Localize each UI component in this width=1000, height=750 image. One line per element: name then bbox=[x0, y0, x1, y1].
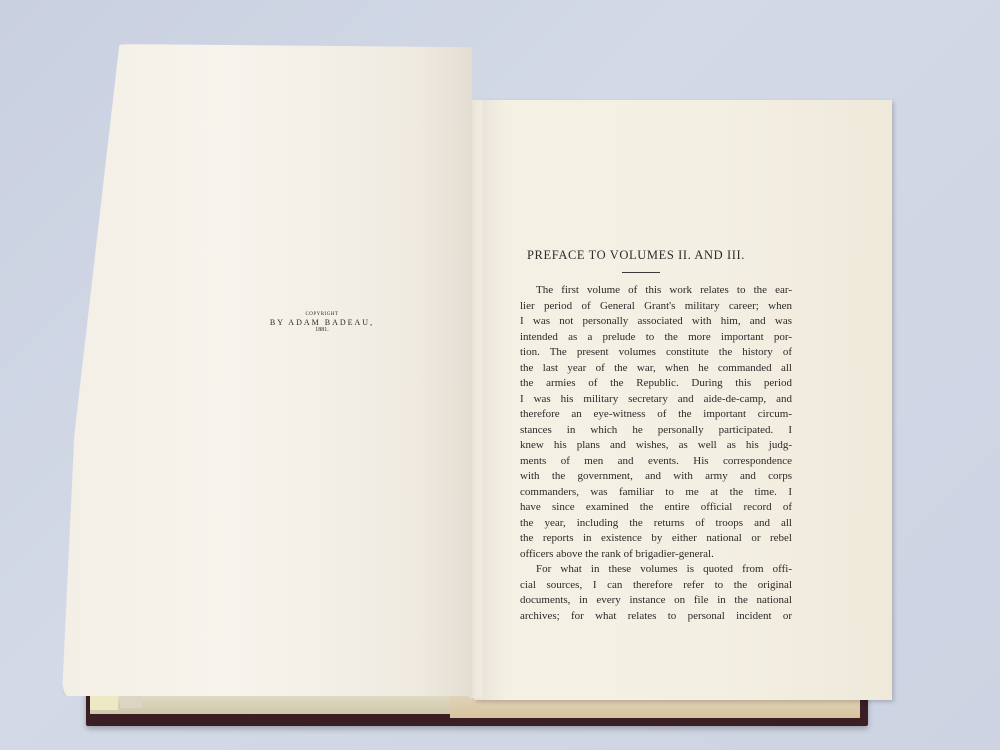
text-line: intended as a prelude to the more import… bbox=[520, 330, 792, 346]
preface-title: PREFACE TO VOLUMES II. AND III. bbox=[527, 248, 781, 263]
preface-body: The first volume of this work relates to… bbox=[520, 283, 792, 624]
text-line: tion. The present volumes constitute the… bbox=[520, 345, 792, 361]
text-line: knew his plans and wishes, as well as hi… bbox=[520, 438, 792, 454]
copyright-author: BY ADAM BADEAU, bbox=[260, 318, 384, 327]
text-line: stances in which he personally participa… bbox=[520, 423, 792, 439]
text-line: cial sources, I can therefore refer to t… bbox=[520, 578, 792, 594]
text-line: ments of men and events. His corresponde… bbox=[520, 454, 792, 470]
text-line: archives; for what relates to personal i… bbox=[520, 609, 792, 625]
title-rule bbox=[622, 272, 660, 273]
text-line: the last year of the war, when he comman… bbox=[520, 361, 792, 377]
text-line: I was not personally associated with him… bbox=[520, 314, 792, 330]
text-line: The first volume of this work relates to… bbox=[520, 283, 792, 299]
copyright-notice: COPYRIGHT BY ADAM BADEAU, 1881. bbox=[260, 312, 384, 334]
text-line: I was his military secretary and aide-de… bbox=[520, 392, 792, 408]
text-line: officers above the rank of brigadier-gen… bbox=[520, 547, 792, 563]
text-line: have since examined the entire official … bbox=[520, 500, 792, 516]
left-page[interactable] bbox=[62, 44, 472, 696]
text-line: the reports in existence by either natio… bbox=[520, 531, 792, 547]
text-line: commanders, was familiar to me at the ti… bbox=[520, 485, 792, 501]
text-line: the armies of the Republic. During this … bbox=[520, 376, 792, 392]
text-line: therefore an eye-witness of the importan… bbox=[520, 407, 792, 423]
copyright-year: 1881. bbox=[260, 327, 384, 334]
text-line: lier period of General Grant's military … bbox=[520, 299, 792, 315]
text-line: For what in these volumes is quoted from… bbox=[520, 562, 792, 578]
text-line: the year, including the returns of troop… bbox=[520, 516, 792, 532]
text-line: with the government, and with army and c… bbox=[520, 469, 792, 485]
text-line: documents, in every instance on file in … bbox=[520, 593, 792, 609]
